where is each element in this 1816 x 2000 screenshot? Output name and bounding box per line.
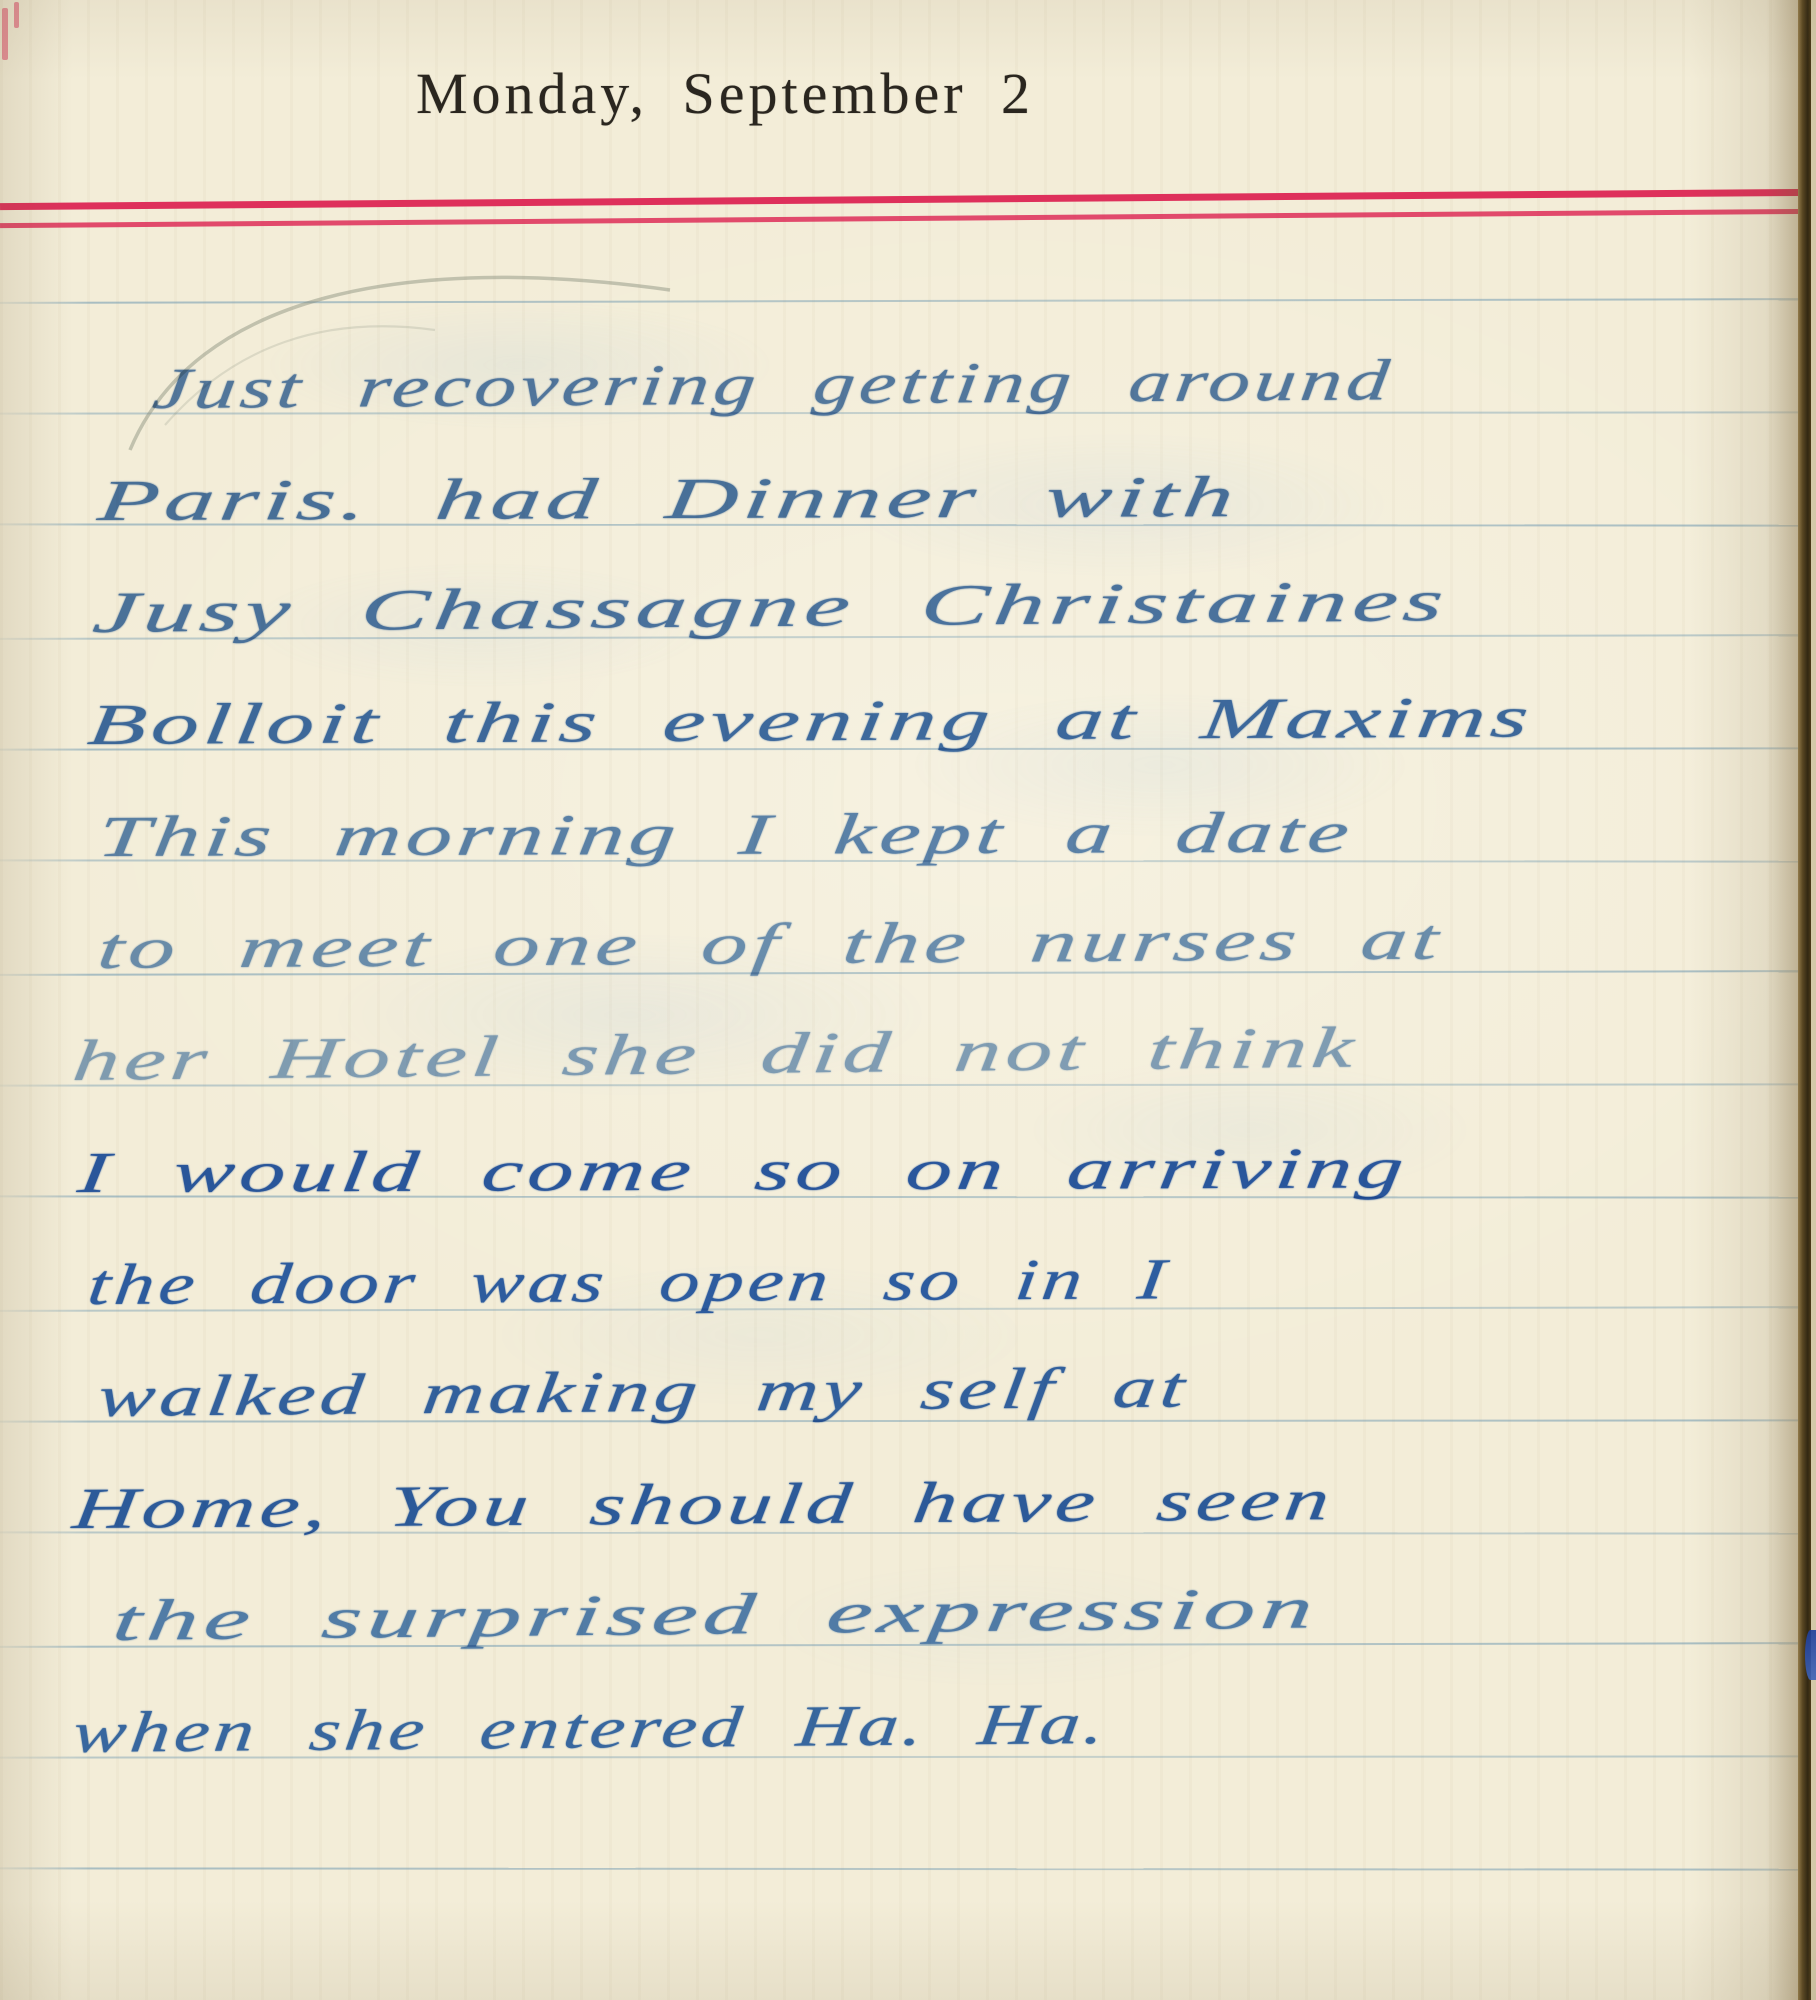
handwritten-line: her Hotel she did not think [70, 1018, 1362, 1090]
page-edge-binding [1798, 0, 1811, 2000]
handwritten-line: Paris. had Dinner with [95, 468, 1242, 530]
handwritten-line: Jusy Chassagne Christaines [90, 572, 1452, 642]
red-edge-mark [14, 2, 19, 28]
diary-page: Monday, September 2 Just recovering gett… [0, 0, 1816, 2000]
handwritten-line: to meet one of the nurses at [95, 911, 1446, 978]
handwritten-line: the door was open so in I [85, 1250, 1173, 1314]
ink-blot [1805, 1630, 1816, 1680]
page-edge-shadow [1766, 0, 1800, 2000]
next-page-sliver [1811, 0, 1816, 2000]
red-edge-mark [2, 8, 8, 60]
handwritten-line: I would come so on arriving [75, 1139, 1411, 1202]
handwritten-line: when she entered Ha. Ha. [70, 1695, 1112, 1762]
handwritten-line: walked making my self at [95, 1358, 1192, 1426]
handwritten-line: This morning I kept a date [95, 804, 1357, 866]
handwritten-line: the surprised expression [110, 1579, 1321, 1650]
page-date-heading: Monday, September 2 [0, 60, 1450, 127]
handwritten-line: Just recovering getting around [150, 351, 1396, 418]
handwritten-line: Bolloit this evening at Maxims [85, 688, 1537, 754]
handwritten-line: Home, You should have seen [70, 1471, 1337, 1538]
